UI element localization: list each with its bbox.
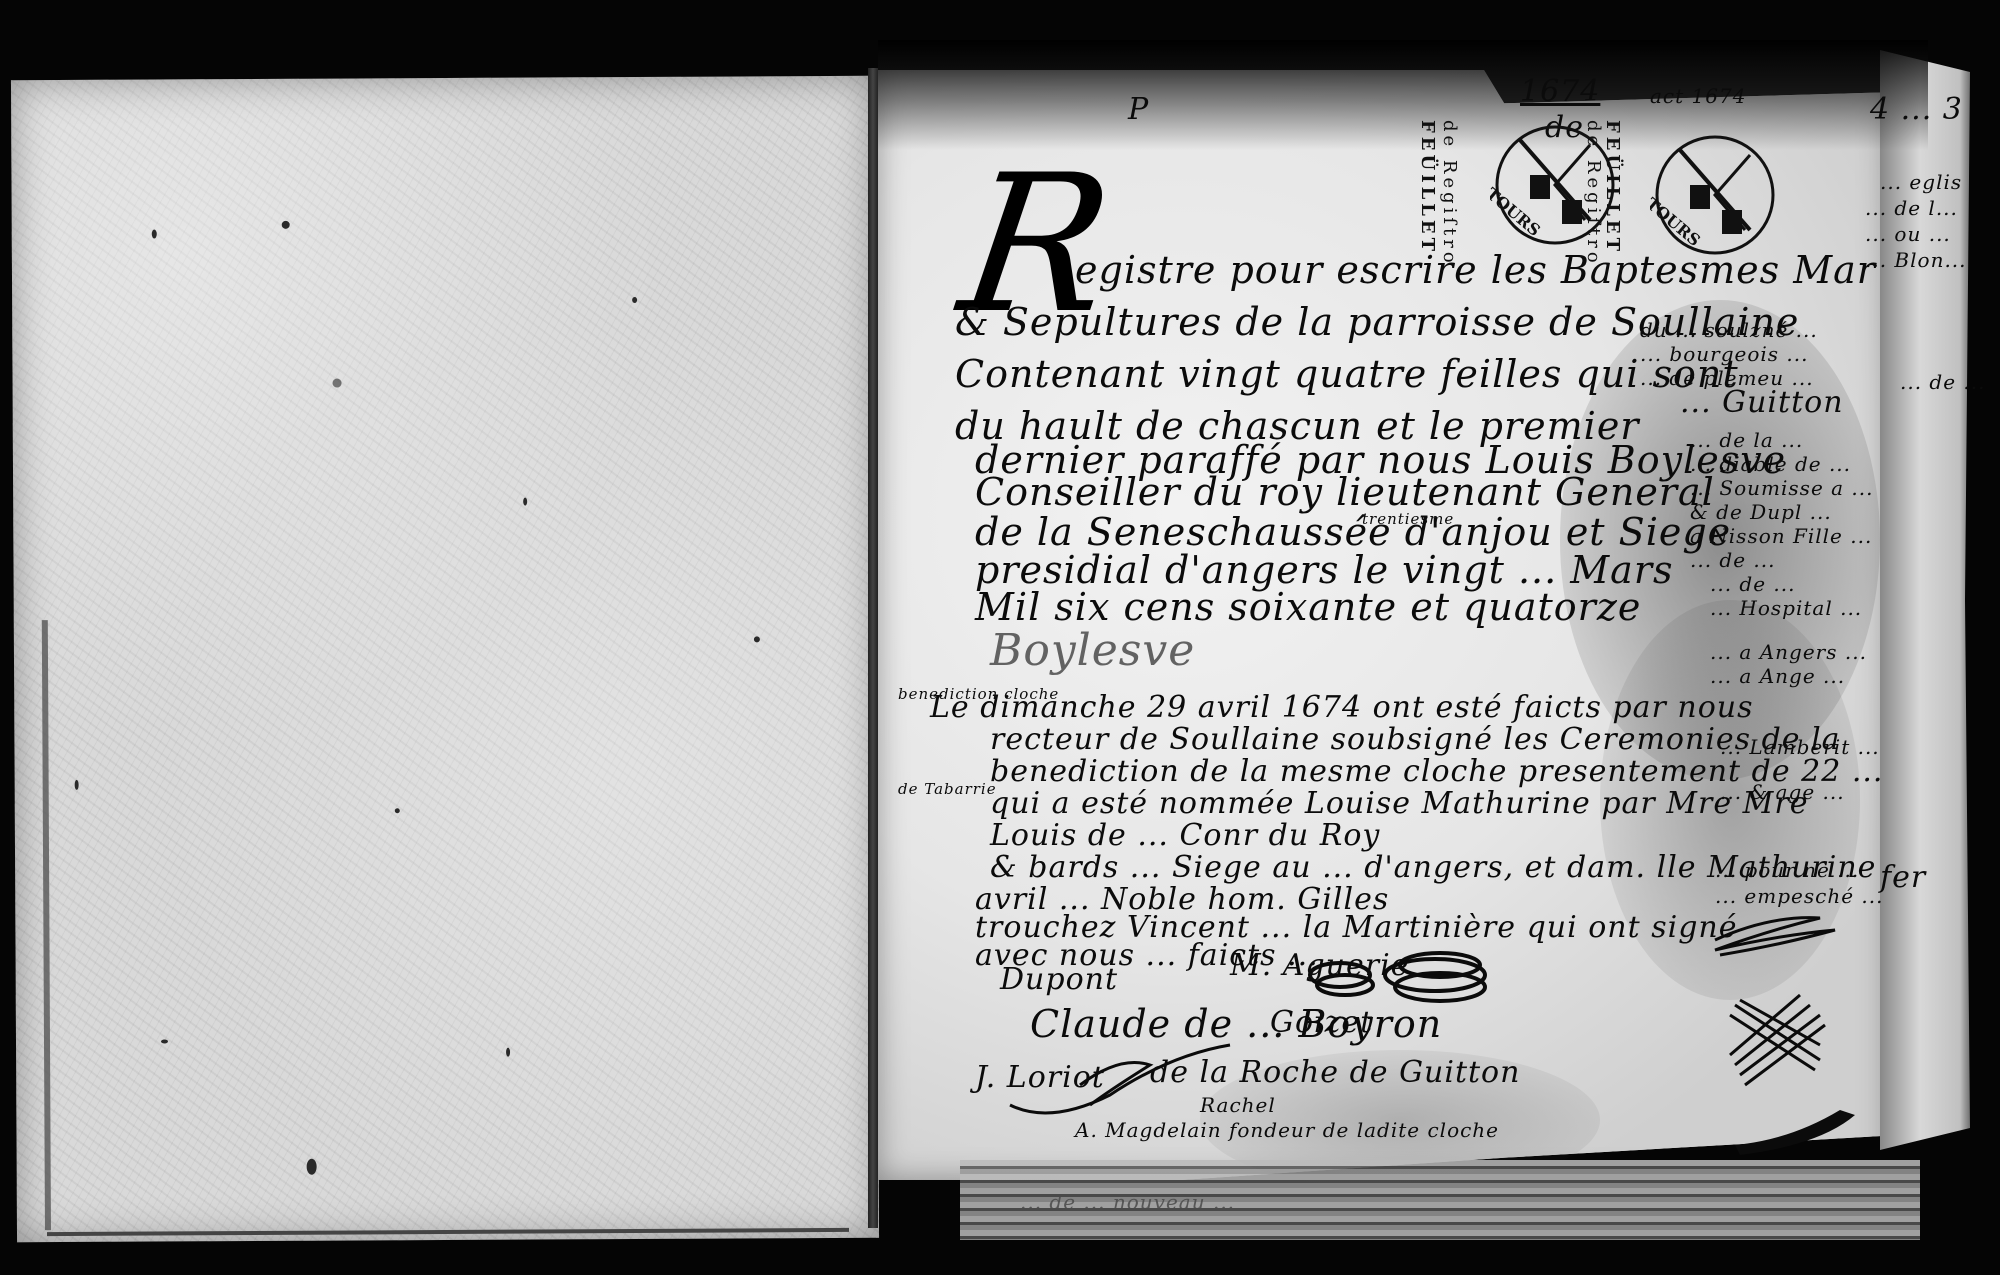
fragment-line-14: ... a Ange ... xyxy=(1710,664,1845,688)
corner-mark: 4 ... 3 xyxy=(1870,92,1963,127)
fragment-line-5: ... de la ... xyxy=(1690,428,1803,452)
bottom-strip-text: ... de ... nouveau ... xyxy=(1020,1190,1235,1214)
stamp-2-label-top: FEÜILLET xyxy=(1603,120,1621,255)
stamp-2-label-bottom: de Regiſtro xyxy=(1584,120,1602,267)
paper-fleck xyxy=(632,297,637,303)
fragment-line-7: ... Soumisse a ... xyxy=(1690,476,1874,500)
fragment-line-11: ... de ... xyxy=(1710,572,1796,596)
fragment-line-9: a Nisson Fille ... xyxy=(1690,524,1872,548)
paper-fleck xyxy=(333,379,342,388)
signature-boylesve: Boylesve xyxy=(990,625,1195,676)
board-edge-line xyxy=(42,620,51,1230)
fragment-line-4: ... Guitton xyxy=(1680,385,1844,420)
year-note: 1674 xyxy=(1520,74,1600,109)
paper-fleck xyxy=(161,1039,168,1043)
crosshatch-paraph-icon xyxy=(1720,985,1830,1095)
stamp-1-label-bottom: de Regiſtro xyxy=(1440,120,1458,267)
paper-fleck xyxy=(152,230,157,239)
paper-fleck xyxy=(307,1159,317,1175)
edge-line-6: fer xyxy=(1880,860,1926,895)
edge-line-4: ... Blon... xyxy=(1865,248,1967,272)
fragment-line-15: ... Lamberit ... xyxy=(1720,735,1880,759)
board-bottom-line xyxy=(47,1228,849,1236)
fragment-line-2: ... bourgeois ... xyxy=(1640,342,1808,366)
title-line-9: Mil six cens soixante et quatorze xyxy=(975,585,1641,629)
ink-blot xyxy=(1730,1100,1860,1160)
edge-line-3: ... ou ... xyxy=(1865,222,1951,246)
fragment-line-1: du ... soulzné ... xyxy=(1640,318,1818,342)
entry-line-4: qui a esté nommée Louise Mathurine par M… xyxy=(990,786,1808,821)
fragment-line-6: ... diable de ... xyxy=(1690,452,1851,476)
entry-line-5: Louis de ... Conr du Roy xyxy=(990,818,1380,853)
entry-line-1: Le dimanche 29 avril 1674 ont esté faict… xyxy=(930,690,1753,725)
edge-line-2: ... de l... xyxy=(1865,196,1958,220)
binding-spine xyxy=(868,68,878,1228)
paper-fleck xyxy=(282,221,290,229)
signature-dupont: Dupont xyxy=(1000,962,1118,997)
title-line-1: egistre pour escrire les Baptesmes Mar xyxy=(1075,248,1876,292)
margin-note-tabarrie: de Tabarrie xyxy=(898,780,997,798)
paper-fleck xyxy=(506,1048,510,1057)
fragment-line-12: ... Hospital ... xyxy=(1710,596,1862,620)
stamp-1-label-top: FEÜILLET xyxy=(1418,120,1436,255)
fragment-line-8: & de Dupl ... xyxy=(1690,500,1832,524)
paper-fleck xyxy=(75,780,79,790)
paraph-flourish-icon xyxy=(1300,935,1500,1035)
fragment-line-17: ... pour ne ... xyxy=(1715,858,1859,882)
fragment-line-18: ... empesché ... xyxy=(1715,884,1883,908)
fragment-line-16: ... & age ... xyxy=(1720,780,1845,804)
title-line-3: Contenant vingt quatre feilles qui sont xyxy=(955,352,1739,396)
register-scan: P 1674 act 1674 de 4 ... 3 FEÜILLET de R… xyxy=(0,0,2000,1275)
top-note: act 1674 xyxy=(1650,84,1746,108)
edge-line-1: ... eglis xyxy=(1880,170,1962,194)
title-interlinear: trentiesme xyxy=(1362,510,1454,528)
paper-fleck xyxy=(754,636,760,642)
fragment-line-13: ... a Angers ... xyxy=(1710,640,1867,664)
fragment-line-10: ... de ... xyxy=(1690,548,1776,572)
edge-line-5: ... de ... xyxy=(1900,370,1986,394)
left-flyleaf-blank xyxy=(11,76,879,1242)
stamp-2-seal-icon: TOURS xyxy=(1650,130,1780,260)
loriot-flourish-icon xyxy=(990,1035,1250,1125)
scrawl-paraph-icon xyxy=(1710,910,1840,960)
title-line-6: Conseiller du roy lieutenant General xyxy=(975,470,1715,514)
paper-fleck xyxy=(395,808,400,813)
page-mark: P xyxy=(1128,92,1149,127)
paper-fleck xyxy=(523,498,527,506)
entry-line-2: recteur de Soullaine soubsigné les Cerem… xyxy=(990,722,1841,757)
